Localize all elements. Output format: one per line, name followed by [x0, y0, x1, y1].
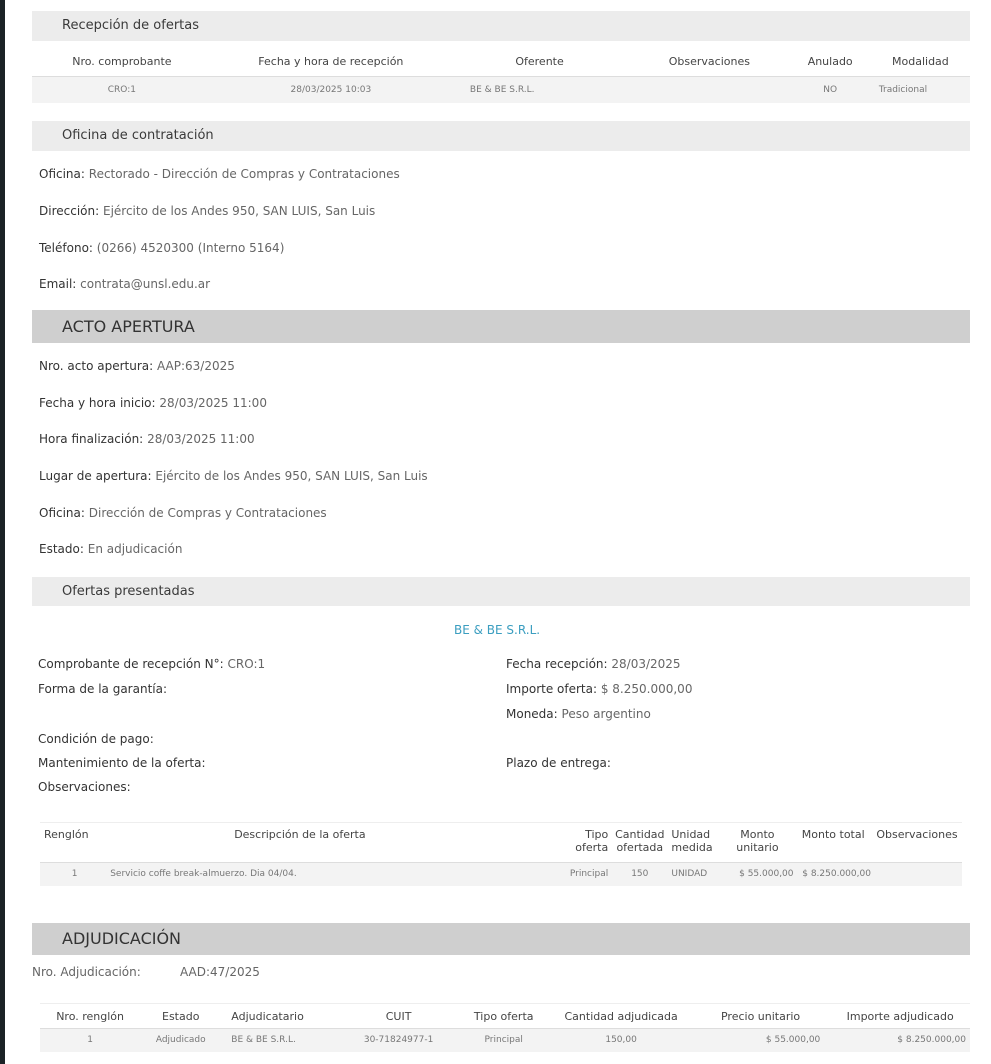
- field-label: Oficina:: [39, 167, 85, 181]
- field-telefono: Teléfono: (0266) 4520300 (Interno 5164): [39, 241, 284, 255]
- field-label: Forma de la garantía:: [38, 682, 167, 696]
- cell: 1: [40, 863, 109, 886]
- cell: 150: [609, 863, 670, 886]
- col-header: Tipo oferta: [456, 1004, 551, 1029]
- col-header: Anulado: [790, 47, 871, 76]
- col-header: Precio unitario: [691, 1004, 830, 1029]
- cell: 1: [40, 1029, 140, 1052]
- cell: NO: [790, 76, 871, 103]
- field-label: Dirección:: [39, 204, 99, 218]
- table-header-row: Nro. renglón Estado Adjudicatario CUIT T…: [40, 1004, 970, 1029]
- cell: Adjudicado: [140, 1029, 221, 1052]
- cell: $ 8.250.000,00: [795, 863, 872, 886]
- field-value: Peso argentino: [562, 707, 651, 721]
- cell: BE & BE S.R.L.: [450, 76, 629, 103]
- table-header-row: Nro. comprobante Fecha y hora de recepci…: [32, 47, 970, 76]
- cell: $ 55.000,00: [691, 1029, 830, 1052]
- col-header: Descripción de la oferta: [109, 823, 558, 863]
- section-header-acto-apertura: ACTO APERTURA: [32, 310, 970, 343]
- field-label: Teléfono:: [39, 241, 93, 255]
- col-header: Unidad medida: [670, 823, 720, 863]
- section-header-recepcion: Recepción de ofertas: [32, 11, 970, 41]
- field-label: Fecha recepción:: [506, 657, 608, 671]
- field-value: 28/03/2025 11:00: [147, 432, 255, 446]
- field-value: En adjudicación: [88, 542, 183, 556]
- col-header: Observaciones: [872, 823, 962, 863]
- field-observaciones: Observaciones:: [38, 780, 131, 794]
- page: Recepción de ofertas Nro. comprobante Fe…: [5, 0, 991, 1064]
- section-title: ADJUDICACIÓN: [62, 929, 181, 948]
- field-plazo-entrega: Plazo de entrega:: [506, 756, 611, 770]
- section-title: Recepción de ofertas: [62, 18, 199, 33]
- field-value: Ejército de los Andes 950, SAN LUIS, San…: [155, 469, 427, 483]
- field-nro-adjudicacion: Nro. Adjudicación:AAD:47/2025: [32, 965, 260, 979]
- field-label: Hora finalización:: [39, 432, 143, 446]
- cell: Principal: [456, 1029, 551, 1052]
- col-header: Modalidad: [871, 47, 970, 76]
- col-header: Oferente: [450, 47, 629, 76]
- cell: Principal: [558, 863, 609, 886]
- col-header: Tipo oferta: [558, 823, 609, 863]
- field-label: Importe oferta:: [506, 682, 597, 696]
- field-email: Email: contrata@unsl.edu.ar: [39, 277, 210, 291]
- field-oficina-acto: Oficina: Dirección de Compras y Contrata…: [39, 506, 327, 520]
- field-value: 28/03/2025: [611, 657, 680, 671]
- cell: 30-71824977-1: [341, 1029, 456, 1052]
- field-label: Moneda:: [506, 707, 558, 721]
- field-hora-fin: Hora finalización: 28/03/2025 11:00: [39, 432, 255, 446]
- adjudicacion-table: Nro. renglón Estado Adjudicatario CUIT T…: [40, 1003, 970, 1052]
- col-header: Observaciones: [629, 47, 789, 76]
- col-header: Renglón: [40, 823, 109, 863]
- cell: CRO:1: [32, 76, 212, 103]
- field-label: Plazo de entrega:: [506, 756, 611, 770]
- section-header-ofertas: Ofertas presentadas: [32, 577, 970, 606]
- table-row[interactable]: 1 Adjudicado BE & BE S.R.L. 30-71824977-…: [40, 1029, 970, 1052]
- section-header-adjudicacion: ADJUDICACIÓN: [32, 923, 970, 955]
- field-label: Nro. acto apertura:: [39, 359, 153, 373]
- table-row[interactable]: CRO:1 28/03/2025 10:03 BE & BE S.R.L. NO…: [32, 76, 970, 103]
- field-value: AAP:63/2025: [157, 359, 235, 373]
- oferente-link[interactable]: BE & BE S.R.L.: [454, 623, 540, 637]
- col-header: Adjudicatario: [221, 1004, 341, 1029]
- field-oficina: Oficina: Rectorado - Dirección de Compra…: [39, 167, 400, 181]
- col-header: Cantidad ofertada: [609, 823, 670, 863]
- field-garantia: Forma de la garantía:: [38, 682, 167, 696]
- field-direccion: Dirección: Ejército de los Andes 950, SA…: [39, 204, 375, 218]
- cell: 28/03/2025 10:03: [212, 76, 450, 103]
- field-label: Lugar de apertura:: [39, 469, 152, 483]
- field-label: Oficina:: [39, 506, 85, 520]
- field-label: Estado:: [39, 542, 84, 556]
- section-title: ACTO APERTURA: [62, 317, 195, 336]
- field-value: (0266) 4520300 (Interno 5164): [97, 241, 285, 255]
- field-label: Observaciones:: [38, 780, 131, 794]
- field-mantenimiento: Mantenimiento de la oferta:: [38, 756, 206, 770]
- field-lugar: Lugar de apertura: Ejército de los Andes…: [39, 469, 428, 483]
- ofertas-table: Renglón Descripción de la oferta Tipo of…: [40, 822, 962, 886]
- field-label: Fecha y hora inicio:: [39, 396, 156, 410]
- field-label: Mantenimiento de la oferta:: [38, 756, 206, 770]
- col-header: Monto unitario: [720, 823, 794, 863]
- cell: BE & BE S.R.L.: [221, 1029, 341, 1052]
- field-value: AAD:47/2025: [180, 965, 260, 979]
- field-comprobante: Comprobante de recepción N°: CRO:1: [38, 657, 265, 671]
- field-label: Condición de pago:: [38, 732, 154, 746]
- table-header-row: Renglón Descripción de la oferta Tipo of…: [40, 823, 962, 863]
- table-row[interactable]: 1 Servicio coffe break-almuerzo. Dia 04/…: [40, 863, 962, 886]
- field-label: Comprobante de recepción N°:: [38, 657, 224, 671]
- section-header-oficina: Oficina de contratación: [32, 121, 970, 151]
- section-title: Oficina de contratación: [62, 128, 214, 143]
- field-condicion-pago: Condición de pago:: [38, 732, 154, 746]
- col-header: Importe adjudicado: [830, 1004, 970, 1029]
- cell: Servicio coffe break-almuerzo. Dia 04/04…: [109, 863, 558, 886]
- field-importe-oferta: Importe oferta: $ 8.250.000,00: [506, 682, 692, 696]
- col-header: Nro. renglón: [40, 1004, 140, 1029]
- col-header: CUIT: [341, 1004, 456, 1029]
- field-value: CRO:1: [228, 657, 266, 671]
- field-fecha-recepcion: Fecha recepción: 28/03/2025: [506, 657, 681, 671]
- col-header: Nro. comprobante: [32, 47, 212, 76]
- col-header: Cantidad adjudicada: [551, 1004, 691, 1029]
- cell: [872, 863, 962, 886]
- cell: $ 8.250.000,00: [830, 1029, 970, 1052]
- col-header: Monto total: [795, 823, 872, 863]
- field-label: Nro. Adjudicación:: [32, 965, 180, 979]
- field-label: Email:: [39, 277, 76, 291]
- field-value: $ 8.250.000,00: [601, 682, 693, 696]
- field-value: 28/03/2025 11:00: [159, 396, 267, 410]
- cell: Tradicional: [871, 76, 970, 103]
- cell: $ 55.000,00: [720, 863, 794, 886]
- section-title: Ofertas presentadas: [62, 584, 195, 599]
- field-moneda: Moneda: Peso argentino: [506, 707, 651, 721]
- field-value: Rectorado - Dirección de Compras y Contr…: [89, 167, 400, 181]
- recepcion-table: Nro. comprobante Fecha y hora de recepci…: [32, 47, 970, 103]
- cell: UNIDAD: [670, 863, 720, 886]
- field-fecha-inicio: Fecha y hora inicio: 28/03/2025 11:00: [39, 396, 267, 410]
- col-header: Estado: [140, 1004, 221, 1029]
- field-value: Dirección de Compras y Contrataciones: [89, 506, 327, 520]
- field-estado: Estado: En adjudicación: [39, 542, 182, 556]
- cell: [629, 76, 789, 103]
- col-header: Fecha y hora de recepción: [212, 47, 450, 76]
- field-nro-acto: Nro. acto apertura: AAP:63/2025: [39, 359, 235, 373]
- field-value[interactable]: contrata@unsl.edu.ar: [80, 277, 210, 291]
- cell: 150,00: [551, 1029, 691, 1052]
- field-value: Ejército de los Andes 950, SAN LUIS, San…: [103, 204, 375, 218]
